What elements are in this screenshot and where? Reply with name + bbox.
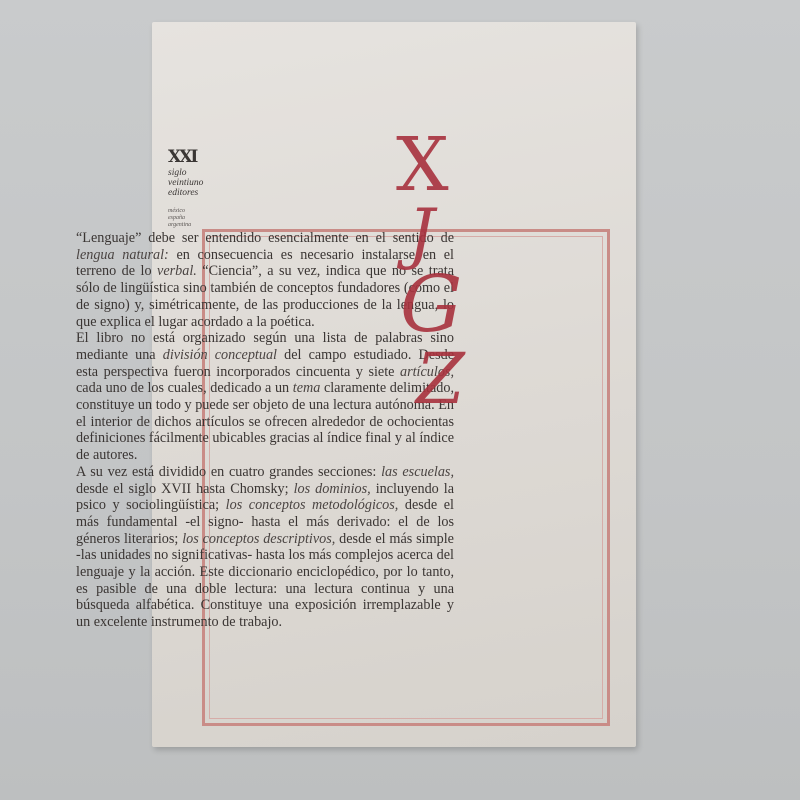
publisher-cities: méxico españa argentina xyxy=(168,208,203,229)
publisher-name: siglo veintiuno editores xyxy=(168,168,203,198)
deco-letter: Z xyxy=(416,338,465,420)
city: españa xyxy=(168,215,203,222)
siglo-xxi-mark: XXI xyxy=(168,147,203,167)
italic-term: lengua natural: xyxy=(76,247,169,263)
city: argentina xyxy=(168,222,203,229)
italic-term: los conceptos descriptivos, xyxy=(182,531,335,547)
publisher-logo: XXI siglo veintiuno editores méxico espa… xyxy=(168,147,203,229)
text-run: cada uno de los cuales, dedicado a un xyxy=(76,380,293,396)
deco-letter: G xyxy=(400,260,462,350)
publisher-name-line: editores xyxy=(168,188,203,198)
blurb-paragraph: A su vez está dividido en cuatro grandes… xyxy=(76,464,454,631)
publisher-name-line: veintiuno xyxy=(168,178,203,188)
italic-term: tema xyxy=(293,380,321,396)
italic-term: verbal. xyxy=(157,263,197,279)
city: méxico xyxy=(168,208,203,215)
text-run: A su vez está dividido en cuatro grandes… xyxy=(76,464,381,480)
italic-term: los conceptos metodológicos, xyxy=(226,497,399,513)
italic-term: división conceptual xyxy=(163,347,277,363)
italic-term: los dominios, xyxy=(294,481,371,497)
decorative-red-letters: X J G Z xyxy=(388,100,488,430)
italic-term: las escuelas, xyxy=(381,464,454,480)
publisher-name-line: siglo xyxy=(168,168,203,178)
text-run: desde el siglo XVII hasta Chomsky; xyxy=(76,481,294,497)
